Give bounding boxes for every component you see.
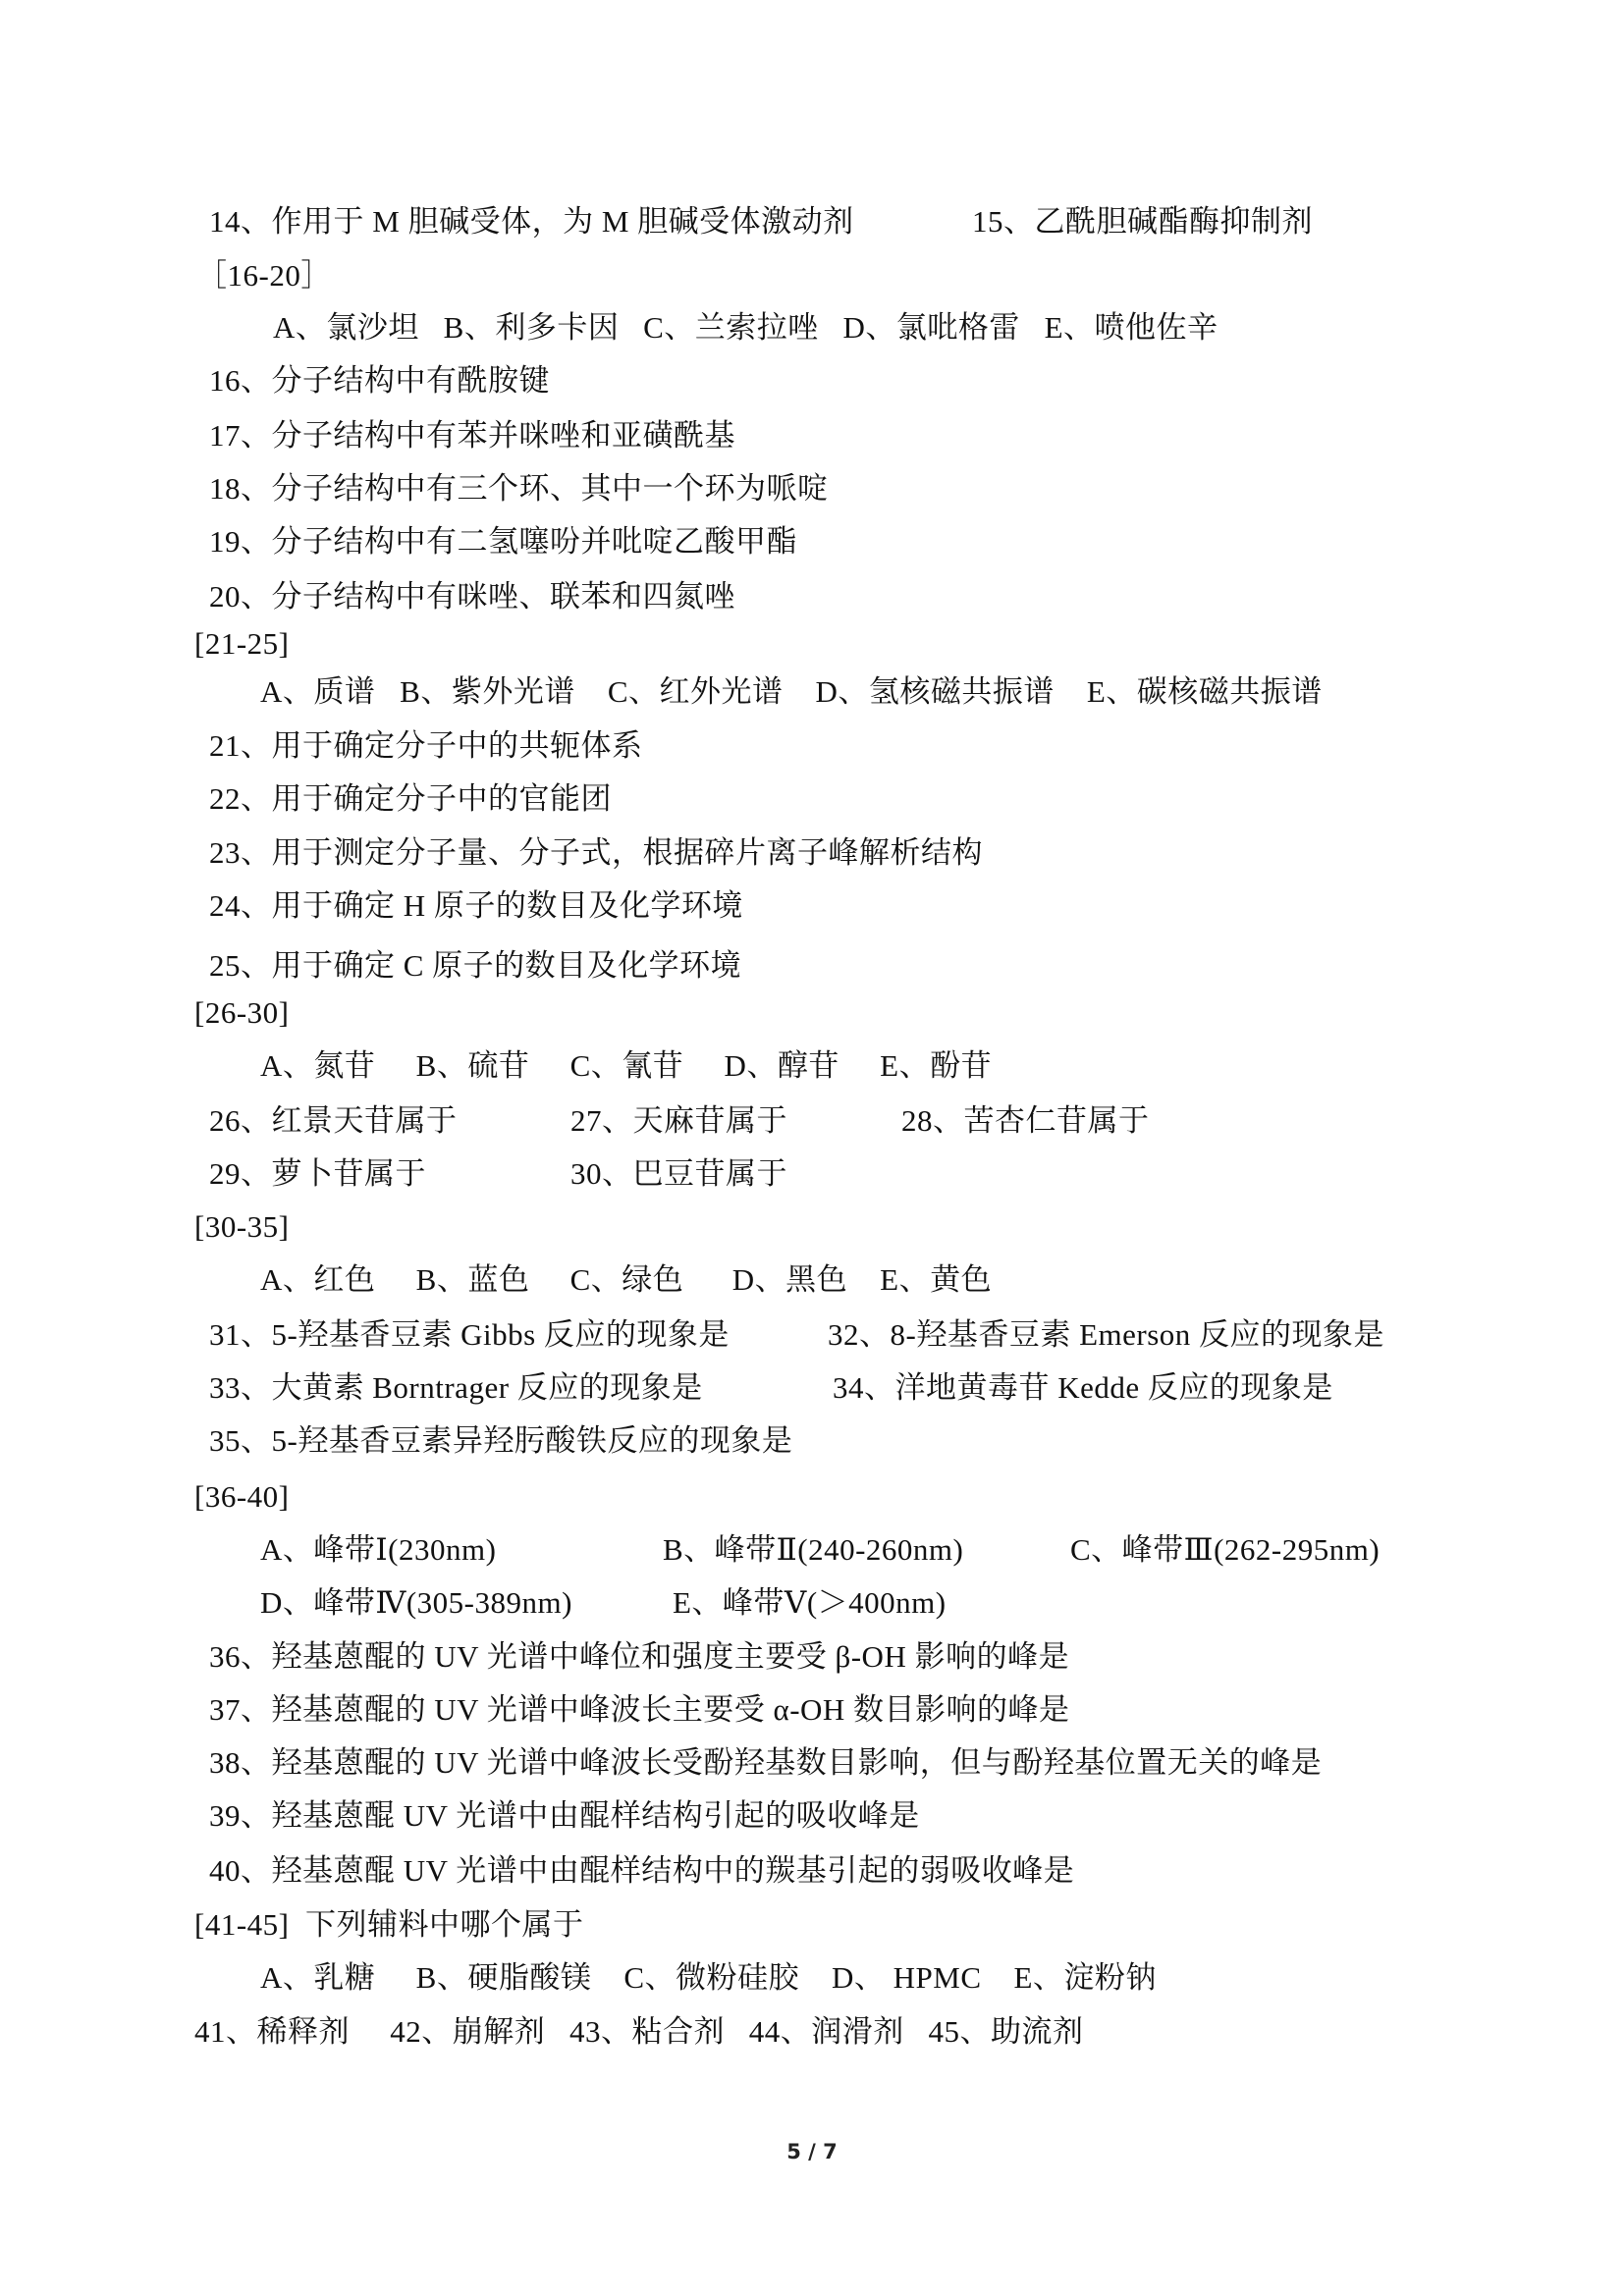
options-21-25: A、质谱 B、紫外光谱 C、红外光谱 D、氢核磁共振谱 E、碳核磁共振谱: [260, 672, 1323, 712]
question-23: 23、用于测定分子量、分子式，根据碎片离子峰解析结构: [209, 833, 983, 873]
option-36-D: D、峰带Ⅳ(305-389nm): [260, 1583, 572, 1623]
question-22: 22、用于确定分子中的官能团: [209, 779, 612, 819]
section-header-41-45: [41-45] 下列辅料中哪个属于: [194, 1905, 583, 1945]
question-36: 36、羟基蒽醌的 UV 光谱中峰位和强度主要受 β-OH 影响的峰是: [209, 1637, 1069, 1677]
question-27: 27、天麻苷属于: [570, 1101, 787, 1141]
question-40: 40、羟基蒽醌 UV 光谱中由醌样结构中的羰基引起的弱吸收峰是: [209, 1851, 1074, 1891]
options-26-30: A、氮苷 B、硫苷 C、氰苷 D、醇苷 E、酚苷: [260, 1046, 992, 1086]
document-page: 14、作用于 M 胆碱受体，为 M 胆碱受体激动剂 15、乙酰胆碱酯酶抑制剂 ［…: [0, 0, 1624, 2296]
question-19: 19、分子结构中有二氢噻吩并吡啶乙酸甲酯: [209, 522, 797, 561]
question-21: 21、用于确定分子中的共轭体系: [209, 726, 643, 766]
option-36-E: E、峰带Ⅴ(＞400nm): [673, 1583, 947, 1623]
section-header-26-30: [26-30]: [194, 993, 289, 1033]
question-18: 18、分子结构中有三个环、其中一个环为哌啶: [209, 469, 829, 508]
question-26: 26、红景天苷属于: [209, 1101, 458, 1141]
options-41-45: A、乳糖 B、硬脂酸镁 C、微粉硅胶 D、 HPMC E、淀粉钠: [260, 1958, 1157, 1998]
question-31: 31、5-羟基香豆素 Gibbs 反应的现象是: [209, 1315, 730, 1355]
question-25: 25、用于确定 C 原子的数目及化学环境: [209, 946, 741, 986]
question-38: 38、羟基蒽醌的 UV 光谱中峰波长受酚羟基数目影响，但与酚羟基位置无关的峰是: [209, 1743, 1322, 1783]
section-header-36-40: [36-40]: [194, 1477, 289, 1517]
section-header-16-20: ［16-20］: [196, 256, 332, 295]
questions-41-45: 41、稀释剂 42、崩解剂 43、粘合剂 44、润滑剂 45、助流剂: [194, 2012, 1084, 2052]
question-15: 15、乙酰胆碱酯酶抑制剂: [972, 202, 1313, 241]
section-header-21-25: [21-25]: [194, 624, 289, 664]
question-20: 20、分子结构中有咪唑、联苯和四氮唑: [209, 577, 735, 616]
question-34: 34、洋地黄毒苷 Kedde 反应的现象是: [833, 1368, 1333, 1408]
question-24: 24、用于确定 H 原子的数目及化学环境: [209, 886, 743, 926]
question-17: 17、分子结构中有苯并咪唑和亚磺酰基: [209, 416, 735, 455]
question-32: 32、8-羟基香豆素 Emerson 反应的现象是: [828, 1315, 1384, 1355]
question-33: 33、大黄素 Borntrager 反应的现象是: [209, 1368, 703, 1408]
question-16: 16、分子结构中有酰胺键: [209, 361, 550, 400]
question-29: 29、萝卜苷属于: [209, 1154, 426, 1194]
page-number: 5 / 7: [0, 2140, 1624, 2163]
question-37: 37、羟基蒽醌的 UV 光谱中峰波长主要受 α-OH 数目影响的峰是: [209, 1690, 1070, 1730]
section-header-30-35: [30-35]: [194, 1207, 289, 1247]
option-36-B: B、峰带Ⅱ(240-260nm): [663, 1530, 963, 1570]
question-30: 30、巴豆苷属于: [570, 1154, 787, 1194]
option-36-A: A、峰带Ⅰ(230nm): [260, 1530, 496, 1570]
question-28: 28、苦杏仁苷属于: [901, 1101, 1150, 1141]
question-39: 39、羟基蒽醌 UV 光谱中由醌样结构引起的吸收峰是: [209, 1796, 920, 1836]
question-14: 14、作用于 M 胆碱受体，为 M 胆碱受体激动剂: [209, 202, 854, 241]
options-16-20: A、氯沙坦 B、利多卡因 C、兰索拉唑 D、氯吡格雷 E、喷他佐辛: [273, 308, 1218, 347]
option-36-C: C、峰带Ⅲ(262-295nm): [1070, 1530, 1380, 1570]
question-35: 35、5-羟基香豆素异羟肟酸铁反应的现象是: [209, 1421, 792, 1461]
options-30-35: A、红色 B、蓝色 C、绿色 D、黑色 E、黄色: [260, 1260, 992, 1300]
